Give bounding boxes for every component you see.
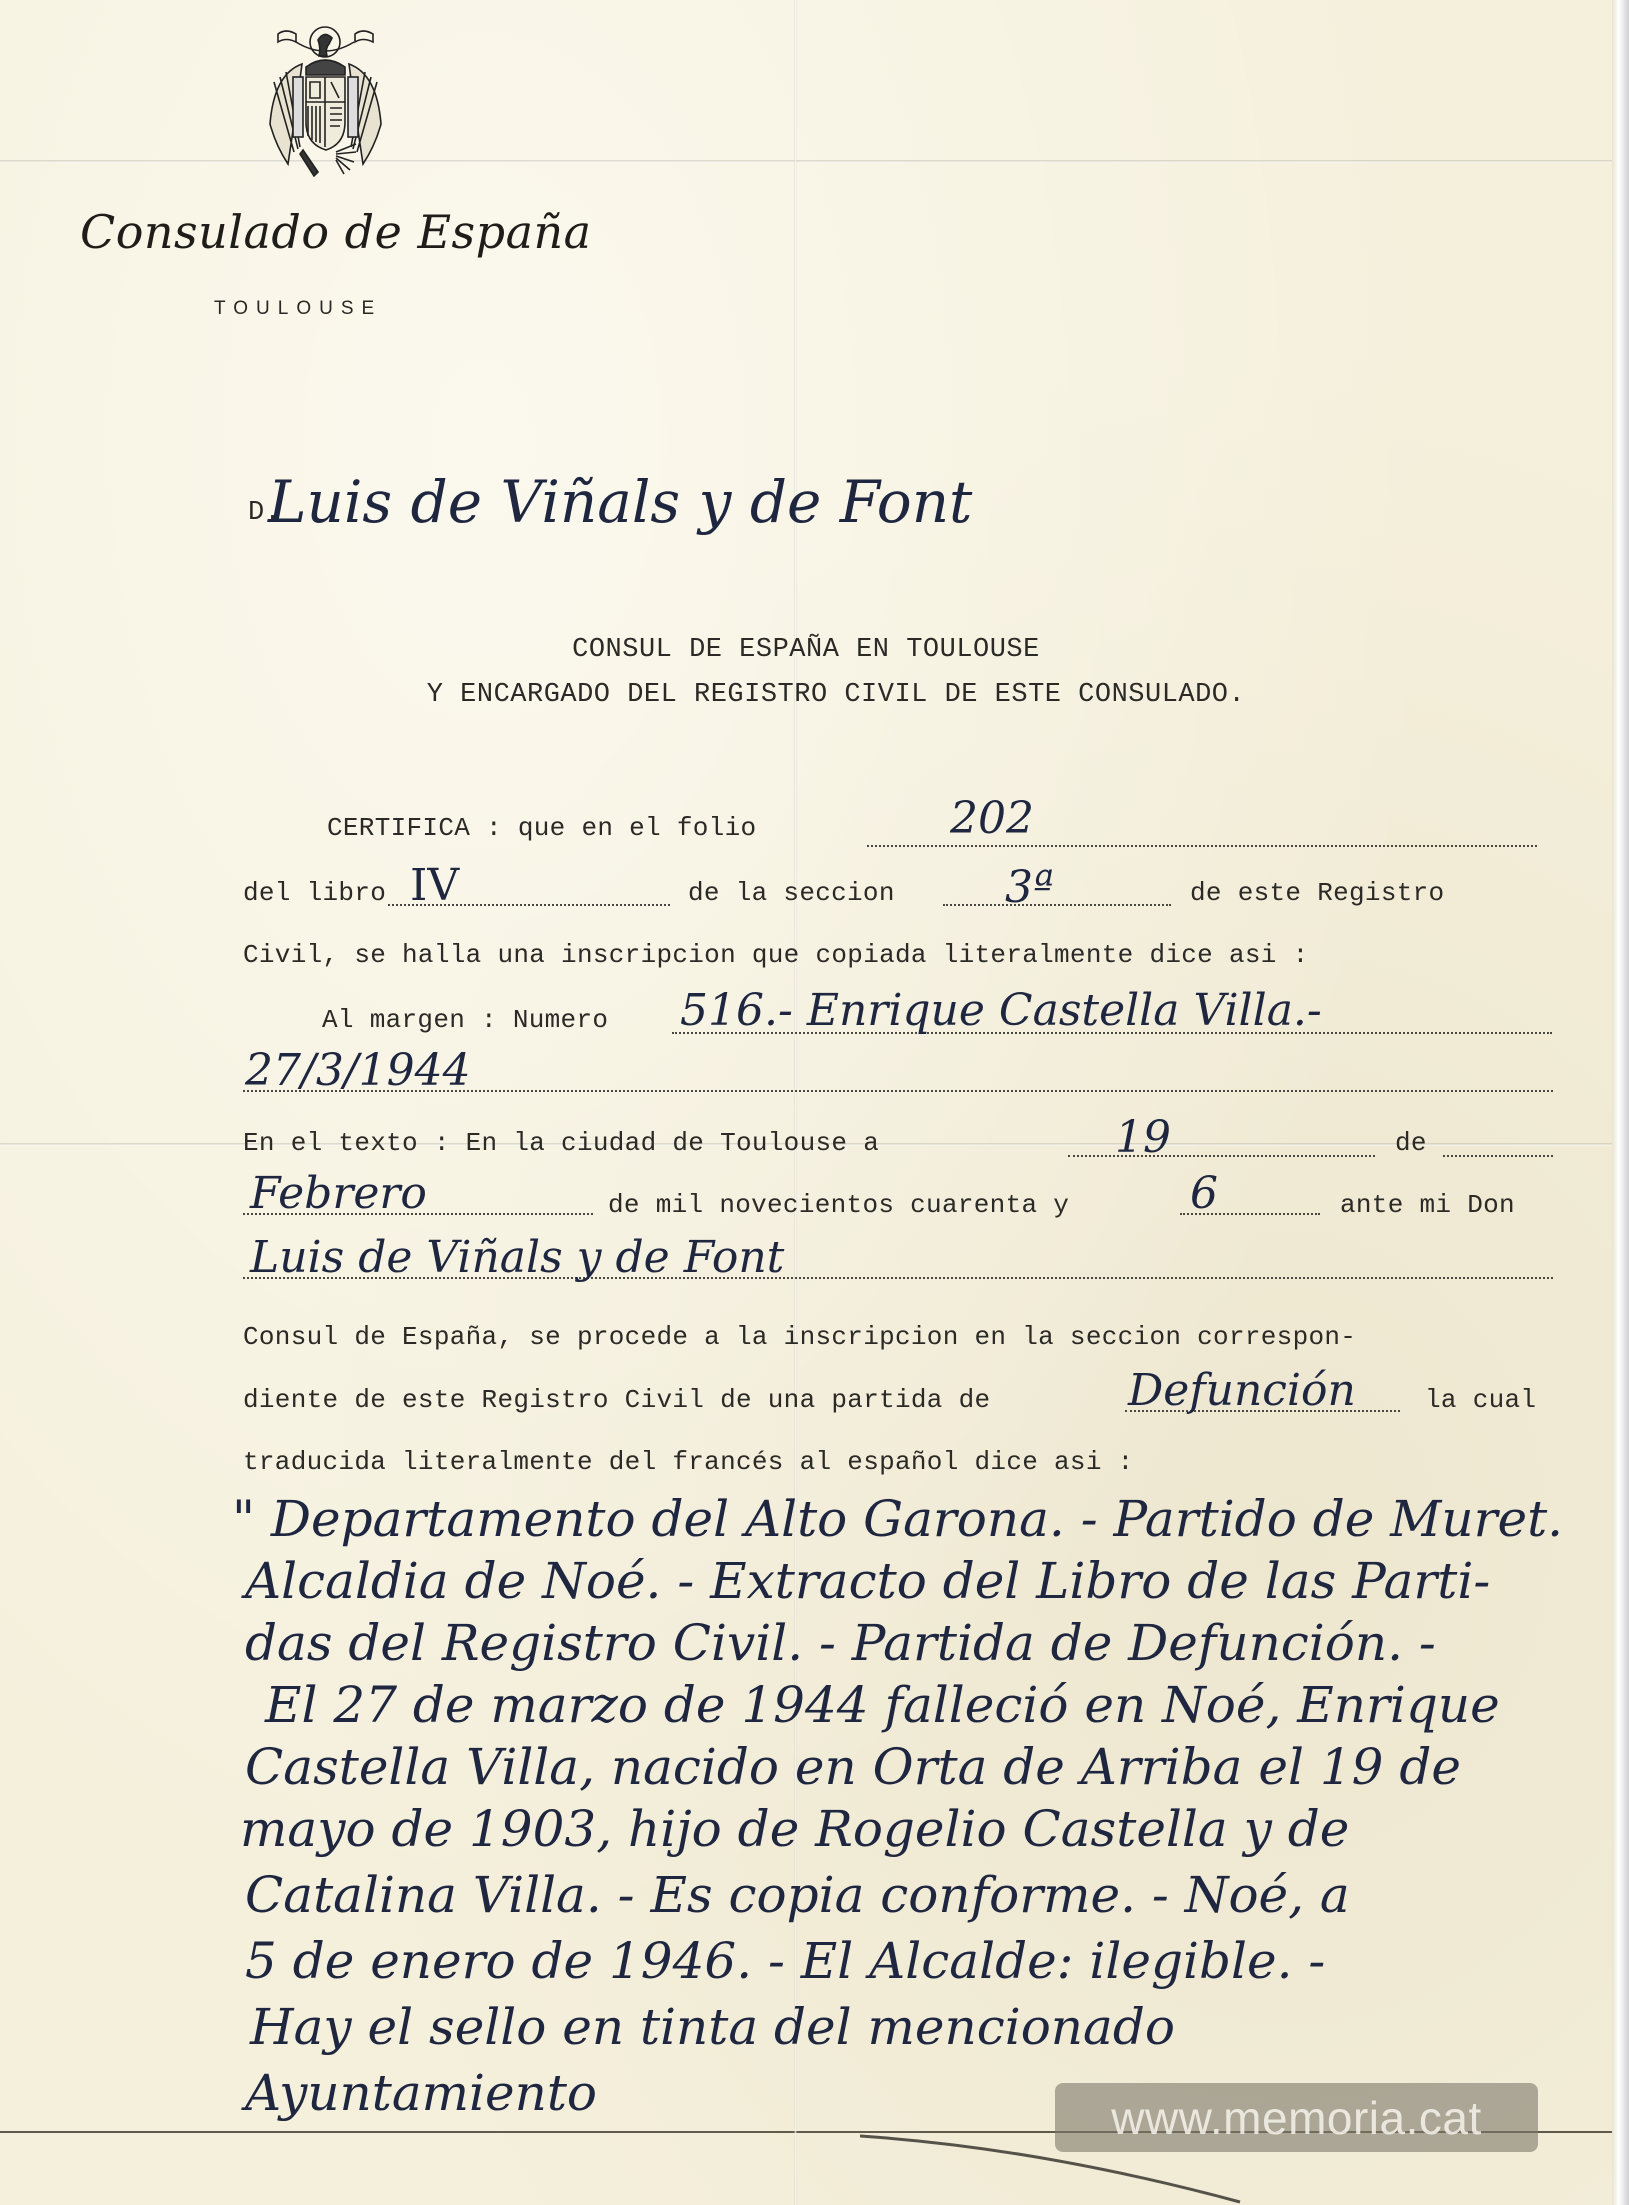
- partida-type: Defunción: [1128, 1365, 1356, 1416]
- ante-label: ante mi Don: [1340, 1190, 1515, 1220]
- scan-edge: [1612, 0, 1629, 2205]
- libro-label: del libro: [243, 878, 386, 908]
- year-label: de mil novecientos cuarenta y: [608, 1190, 1069, 1220]
- seccion-field-line: [943, 904, 1171, 906]
- transcription-line: Hay el sello en tinta del mencionado: [250, 1998, 1175, 2056]
- transcription-line: Ayuntamiento: [245, 2064, 597, 2122]
- seccion-label: de la seccion: [688, 878, 895, 908]
- watermark: www.memoria.cat: [1055, 2083, 1538, 2152]
- de-label: de: [1395, 1128, 1427, 1158]
- heading-line-2: Y ENCARGADO DEL REGISTRO CIVIL DE ESTE C…: [0, 680, 1612, 710]
- folio-field-line: [867, 845, 1537, 847]
- texto-label: En el texto : En la ciudad de Toulouse a: [243, 1128, 879, 1158]
- registro-label: de este Registro: [1190, 878, 1444, 908]
- consul-name: Luis de Viñals y de Font: [250, 1232, 784, 1283]
- transcription-line: mayo de 1903, hijo de Rogelio Castella y…: [240, 1800, 1349, 1858]
- addressee-name: Luis de Viñals y de Font: [268, 468, 972, 536]
- civil-line: Civil, se halla una inscripcion que copi…: [243, 940, 1308, 970]
- transcription-line: 5 de enero de 1946. - El Alcalde: ilegib…: [245, 1932, 1325, 1990]
- transcription-line: Alcaldia de Noé. - Extracto del Libro de…: [245, 1552, 1490, 1610]
- spanish-coat-of-arms-icon: [258, 22, 393, 180]
- seccion-value: 3ª: [1005, 862, 1054, 913]
- libro-value: IV: [410, 860, 459, 911]
- traducida-line: traducida literalmente del francés al es…: [243, 1447, 1134, 1477]
- transcription-line: Castella Villa, nacido en Orta de Arriba…: [245, 1738, 1461, 1796]
- folio-value: 202: [950, 793, 1034, 844]
- transcription-line: El 27 de marzo de 1944 falleció en Noé, …: [265, 1676, 1500, 1734]
- month-field-line-a: [1443, 1155, 1553, 1157]
- transcription-line: das del Registro Civil. - Partida de Def…: [245, 1614, 1436, 1672]
- letterhead-city: TOULOUSE: [214, 298, 382, 320]
- procede-line: Consul de España, se procede a la inscri…: [243, 1322, 1356, 1352]
- month-value: Febrero: [250, 1168, 427, 1219]
- diente-label: diente de este Registro Civil de una par…: [243, 1385, 990, 1415]
- letterhead-title: Consulado de España: [80, 205, 570, 259]
- margen-date: 27/3/1944: [245, 1045, 471, 1096]
- day-value: 19: [1115, 1112, 1171, 1163]
- transcription-line: Catalina Villa. - Es copia conforme. - N…: [245, 1866, 1350, 1924]
- margen-label: Al margen : Numero: [322, 1005, 608, 1035]
- transcription-line: " Departamento del Alto Garona. - Partid…: [232, 1490, 1563, 1548]
- fold-line-top: [0, 160, 1612, 163]
- heading-line-1: CONSUL DE ESPAÑA EN TOULOUSE: [0, 635, 1612, 665]
- certifica-label: CERTIFICA : que en el folio: [327, 813, 756, 843]
- margen-value: 516.- Enrique Castella Villa.-: [680, 985, 1322, 1036]
- year-value: 6: [1190, 1168, 1218, 1219]
- la-cual-label: la cual: [1425, 1385, 1536, 1415]
